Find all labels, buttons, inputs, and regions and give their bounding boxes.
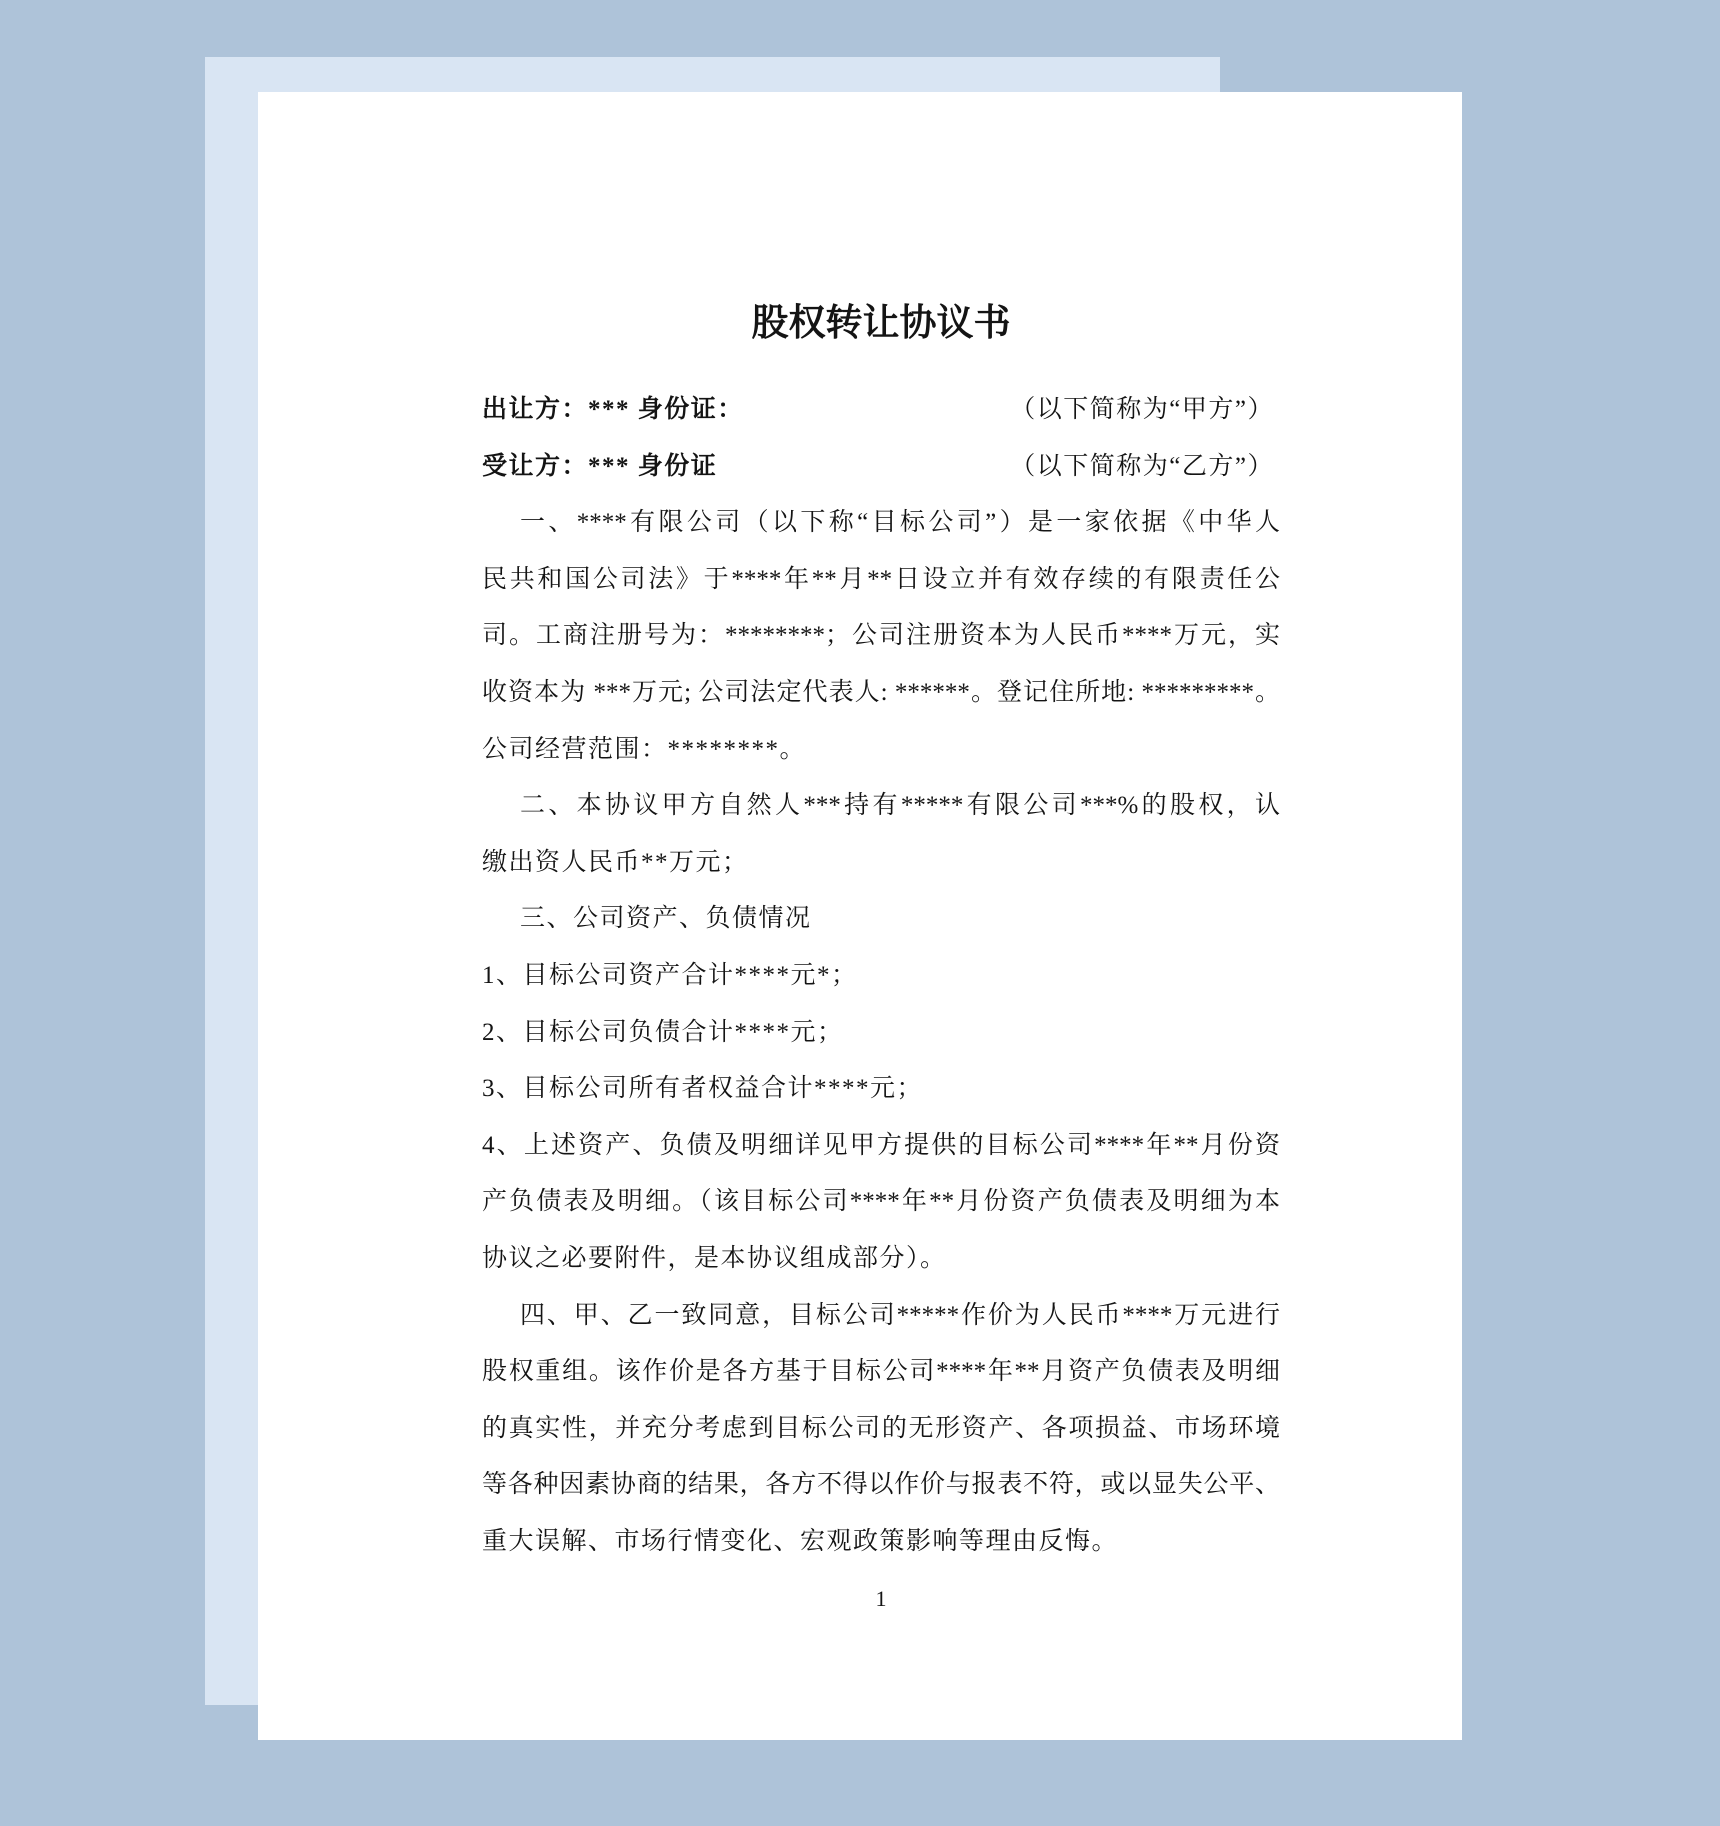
party-line: 出让方：*** 身份证：（以下简称为“甲方”） bbox=[482, 382, 1280, 439]
body-line: 2、目标公司负债合计****元； bbox=[482, 1005, 1280, 1062]
body-line: 1、目标公司资产合计****元*； bbox=[482, 948, 1280, 1005]
body-line: 缴出资人民币**万元； bbox=[482, 835, 1280, 892]
page-number: 1 bbox=[482, 1570, 1280, 1627]
party-label: 出让方：*** 身份证： bbox=[482, 382, 744, 439]
document-title: 股权转让协议书 bbox=[482, 295, 1280, 353]
party-label: 受让方：*** 身份证 bbox=[482, 439, 717, 496]
body-line: 司。工商注册号为：********；公司注册资本为人民币****万元，实 bbox=[482, 608, 1280, 665]
document-page: 股权转让协议书 出让方：*** 身份证：（以下简称为“甲方”）受让方：*** 身… bbox=[258, 92, 1462, 1740]
body-line: 一、****有限公司（以下称“目标公司”）是一家依据《中华人 bbox=[482, 495, 1280, 552]
body-line: 股权重组。该作价是各方基于目标公司****年**月资产负债表及明细 bbox=[482, 1344, 1280, 1401]
body-line: 三、公司资产、负债情况 bbox=[482, 891, 1280, 948]
body-line: 产负债表及明细。（该目标公司****年**月份资产负债表及明细为本 bbox=[482, 1174, 1280, 1231]
party-line: 受让方：*** 身份证（以下简称为“乙方”） bbox=[482, 439, 1280, 496]
body-line: 收资本为 ***万元; 公司法定代表人: ******。登记住所地: *****… bbox=[482, 665, 1280, 722]
body-line: 二、本协议甲方自然人***持有*****有限公司***%的股权，认 bbox=[482, 778, 1280, 835]
desktop-background: { "colors": { "background": "#aec3d9", "… bbox=[0, 0, 1720, 1826]
body-line: 协议之必要附件，是本协议组成部分）。 bbox=[482, 1231, 1280, 1288]
document-body: 出让方：*** 身份证：（以下简称为“甲方”）受让方：*** 身份证（以下简称为… bbox=[482, 382, 1280, 1570]
body-line: 四、甲、乙一致同意，目标公司*****作价为人民币****万元进行 bbox=[482, 1288, 1280, 1345]
party-alias: （以下简称为“甲方”） bbox=[1010, 382, 1274, 439]
body-line: 的真实性，并充分考虑到目标公司的无形资产、各项损益、市场环境 bbox=[482, 1401, 1280, 1458]
body-line: 公司经营范围：********。 bbox=[482, 722, 1280, 779]
body-line: 4、上述资产、负债及明细详见甲方提供的目标公司****年**月份资 bbox=[482, 1118, 1280, 1175]
body-line: 等各种因素协商的结果，各方不得以作价与报表不符，或以显失公平、 bbox=[482, 1457, 1280, 1514]
body-line: 重大误解、市场行情变化、宏观政策影响等理由反悔。 bbox=[482, 1514, 1280, 1571]
body-line: 3、目标公司所有者权益合计****元； bbox=[482, 1061, 1280, 1118]
body-line: 民共和国公司法》于****年**月**日设立并有效存续的有限责任公 bbox=[482, 552, 1280, 609]
party-alias: （以下简称为“乙方”） bbox=[1010, 439, 1274, 496]
